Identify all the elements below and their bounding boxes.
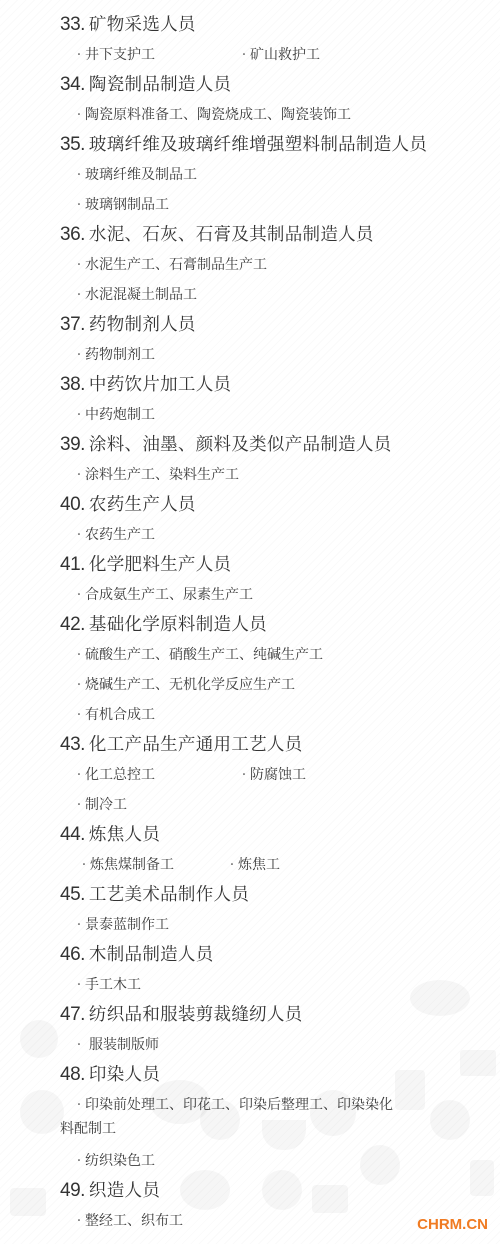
section-title: 基础化学原料制造人员 (89, 615, 267, 635)
section-heading: 48.印染人员 (60, 1060, 500, 1090)
list-item-row: ·纺织染色工 (0, 1146, 500, 1176)
bullet-dot: · (73, 1146, 85, 1176)
list-item-row: ·硫酸生产工、硝酸生产工、纯碱生产工 (0, 640, 500, 670)
list-item-row: ·有机合成工 (0, 700, 500, 730)
section-title: 涂料、油墨、颜料及类似产品制造人员 (89, 435, 392, 455)
section-number: 37. (60, 314, 85, 335)
section-heading: 40.农药生产人员 (60, 490, 500, 520)
list-item-row: ·涂料生产工、染料生产工 (0, 460, 500, 490)
list-item-row: ·玻璃钢制品工 (0, 190, 500, 220)
section-number: 38. (60, 374, 85, 395)
list-item-row: ·井下支护工 ·矿山救护工 (0, 40, 500, 70)
section-heading: 38.中药饮片加工人员 (60, 370, 500, 400)
list-item-row: ·农药生产工 (0, 520, 500, 550)
section-heading: 49.织造人员 (60, 1176, 500, 1206)
section-title: 织造人员 (89, 1181, 160, 1201)
bullet-dot: · (73, 670, 85, 700)
list-item: 有机合成工 (85, 707, 155, 723)
list-item: 合成氨生产工、尿素生产工 (85, 587, 253, 603)
bullet-dot: · (73, 580, 85, 610)
bullet-dot: · (73, 1206, 85, 1236)
section-number: 47. (60, 1004, 85, 1025)
section-heading: 35.玻璃纤维及玻璃纤维增强塑料制品制造人员 (60, 130, 500, 160)
list-item-row: ·烧碱生产工、无机化学反应生产工 (0, 670, 500, 700)
section-heading: 37.药物制剂人员 (60, 310, 500, 340)
bullet-dot: · (73, 970, 85, 1000)
bullet-dot: · (73, 790, 85, 820)
bullet-dot: · (73, 910, 85, 940)
list-item-row: ·化工总控工 ·防腐蚀工 (0, 760, 500, 790)
list-item: 印染前处理工、印花工、印染后整理工、印染染化 (85, 1097, 393, 1113)
section-title: 化工产品生产通用工艺人员 (89, 735, 303, 755)
section-heading: 43.化工产品生产通用工艺人员 (60, 730, 500, 760)
section-title: 陶瓷制品制造人员 (89, 75, 231, 95)
bullet-dot: · (73, 460, 85, 490)
list-item: 陶瓷原料准备工、陶瓷烧成工、陶瓷装饰工 (85, 107, 351, 123)
section-title: 木制品制造人员 (89, 945, 214, 965)
section-number: 41. (60, 554, 85, 575)
section-heading: 39.涂料、油墨、颜料及类似产品制造人员 (60, 430, 500, 460)
bullet-dot: · (73, 280, 85, 310)
list-item: 化工总控工 (85, 767, 155, 783)
section-number: 49. (60, 1180, 85, 1201)
section-number: 44. (60, 824, 85, 845)
section-title: 玻璃纤维及玻璃纤维增强塑料制品制造人员 (89, 135, 427, 155)
section-number: 36. (60, 224, 85, 245)
section-heading: 47.纺织品和服装剪裁缝纫人员 (60, 1000, 500, 1030)
list-item: 景泰蓝制作工 (85, 917, 169, 933)
bullet-dot: · (73, 700, 85, 730)
bullet-dot: · (73, 400, 85, 430)
section-number: 35. (60, 134, 85, 155)
section-heading: 33.矿物采选人员 (60, 10, 500, 40)
list-item: 硫酸生产工、硝酸生产工、纯碱生产工 (85, 647, 323, 663)
section-heading: 34.陶瓷制品制造人员 (60, 70, 500, 100)
list-item-row: ·合成氨生产工、尿素生产工 (0, 580, 500, 610)
list-item: 水泥生产工、石膏制品生产工 (85, 257, 267, 273)
section-heading: 46.木制品制造人员 (60, 940, 500, 970)
list-item-row: ·服装制版师 (0, 1030, 500, 1060)
list-item: 水泥混凝土制品工 (85, 287, 197, 303)
list-item: 井下支护工 (85, 47, 155, 63)
bullet-dot: · (238, 760, 250, 790)
section-title: 农药生产人员 (89, 495, 196, 515)
section-title: 药物制剂人员 (89, 315, 196, 335)
list-item-continuation: 料配制工 (60, 1121, 116, 1137)
bullet-dot: · (73, 640, 85, 670)
list-item: 整经工、织布工 (85, 1213, 183, 1229)
section-number: 40. (60, 494, 85, 515)
list-item: 矿山救护工 (250, 47, 320, 63)
list-item: 中药炮制工 (85, 407, 155, 423)
list-item: 炼焦工 (238, 857, 280, 873)
list-item: 药物制剂工 (85, 347, 155, 363)
section-title: 工艺美术品制作人员 (89, 885, 249, 905)
list-item-row: ·水泥混凝土制品工 (0, 280, 500, 310)
section-number: 34. (60, 74, 85, 95)
section-heading: 44.炼焦人员 (60, 820, 500, 850)
section-number: 43. (60, 734, 85, 755)
bullet-dot: · (73, 250, 85, 280)
bullet-dot: · (226, 850, 238, 880)
list-item: 烧碱生产工、无机化学反应生产工 (85, 677, 295, 693)
section-title: 纺织品和服装剪裁缝纫人员 (89, 1005, 303, 1025)
list-item-row: ·陶瓷原料准备工、陶瓷烧成工、陶瓷装饰工 (0, 100, 500, 130)
list-item: 玻璃钢制品工 (85, 197, 169, 213)
list-item: 防腐蚀工 (250, 767, 306, 783)
list-item-row: ·炼焦煤制备工 ·炼焦工 (0, 850, 500, 880)
list-item: 涂料生产工、染料生产工 (85, 467, 239, 483)
section-number: 42. (60, 614, 85, 635)
bullet-dot: · (238, 40, 250, 70)
section-heading: 45.工艺美术品制作人员 (60, 880, 500, 910)
section-number: 48. (60, 1064, 85, 1085)
bullet-dot: · (73, 40, 85, 70)
list-item-row: ·手工木工 (0, 970, 500, 1000)
list-item: 玻璃纤维及制品工 (85, 167, 197, 183)
bullet-dot: · (73, 100, 85, 130)
list-item: 手工木工 (85, 977, 141, 993)
section-title: 中药饮片加工人员 (89, 375, 231, 395)
section-number: 45. (60, 884, 85, 905)
list-item: 炼焦煤制备工 (90, 857, 174, 873)
section-heading: 41.化学肥料生产人员 (60, 550, 500, 580)
section-title: 水泥、石灰、石膏及其制品制造人员 (89, 225, 374, 245)
list-item: 服装制版师 (89, 1037, 159, 1053)
section-number: 39. (60, 434, 85, 455)
bullet-dot: · (73, 160, 85, 190)
bullet-dot: · (73, 340, 85, 370)
section-number: 46. (60, 944, 85, 965)
list-item-row: ·药物制剂工 (0, 340, 500, 370)
list-item-row: ·制冷工 (0, 790, 500, 820)
section-number: 33. (60, 14, 85, 35)
list-item: 纺织染色工 (85, 1153, 155, 1169)
bullet-dot: · (73, 520, 85, 550)
list-item-row: ·玻璃纤维及制品工 (0, 160, 500, 190)
watermark-logo: CHRM.CN (417, 1216, 488, 1233)
bullet-dot: · (73, 1030, 85, 1060)
bullet-dot: · (78, 850, 90, 880)
bullet-dot: · (73, 760, 85, 790)
section-heading: 42.基础化学原料制造人员 (60, 610, 500, 640)
list-item: 制冷工 (85, 797, 127, 813)
list-item-row: ·水泥生产工、石膏制品生产工 (0, 250, 500, 280)
section-title: 印染人员 (89, 1065, 160, 1085)
bullet-dot: · (73, 190, 85, 220)
list-item-row-continuation: 料配制工 (0, 1114, 500, 1144)
list-item: 农药生产工 (85, 527, 155, 543)
section-title: 矿物采选人员 (89, 15, 196, 35)
list-item-row: ·中药炮制工 (0, 400, 500, 430)
section-title: 炼焦人员 (89, 825, 160, 845)
section-title: 化学肥料生产人员 (89, 555, 231, 575)
section-heading: 36.水泥、石灰、石膏及其制品制造人员 (60, 220, 500, 250)
list-item-row: ·景泰蓝制作工 (0, 910, 500, 940)
